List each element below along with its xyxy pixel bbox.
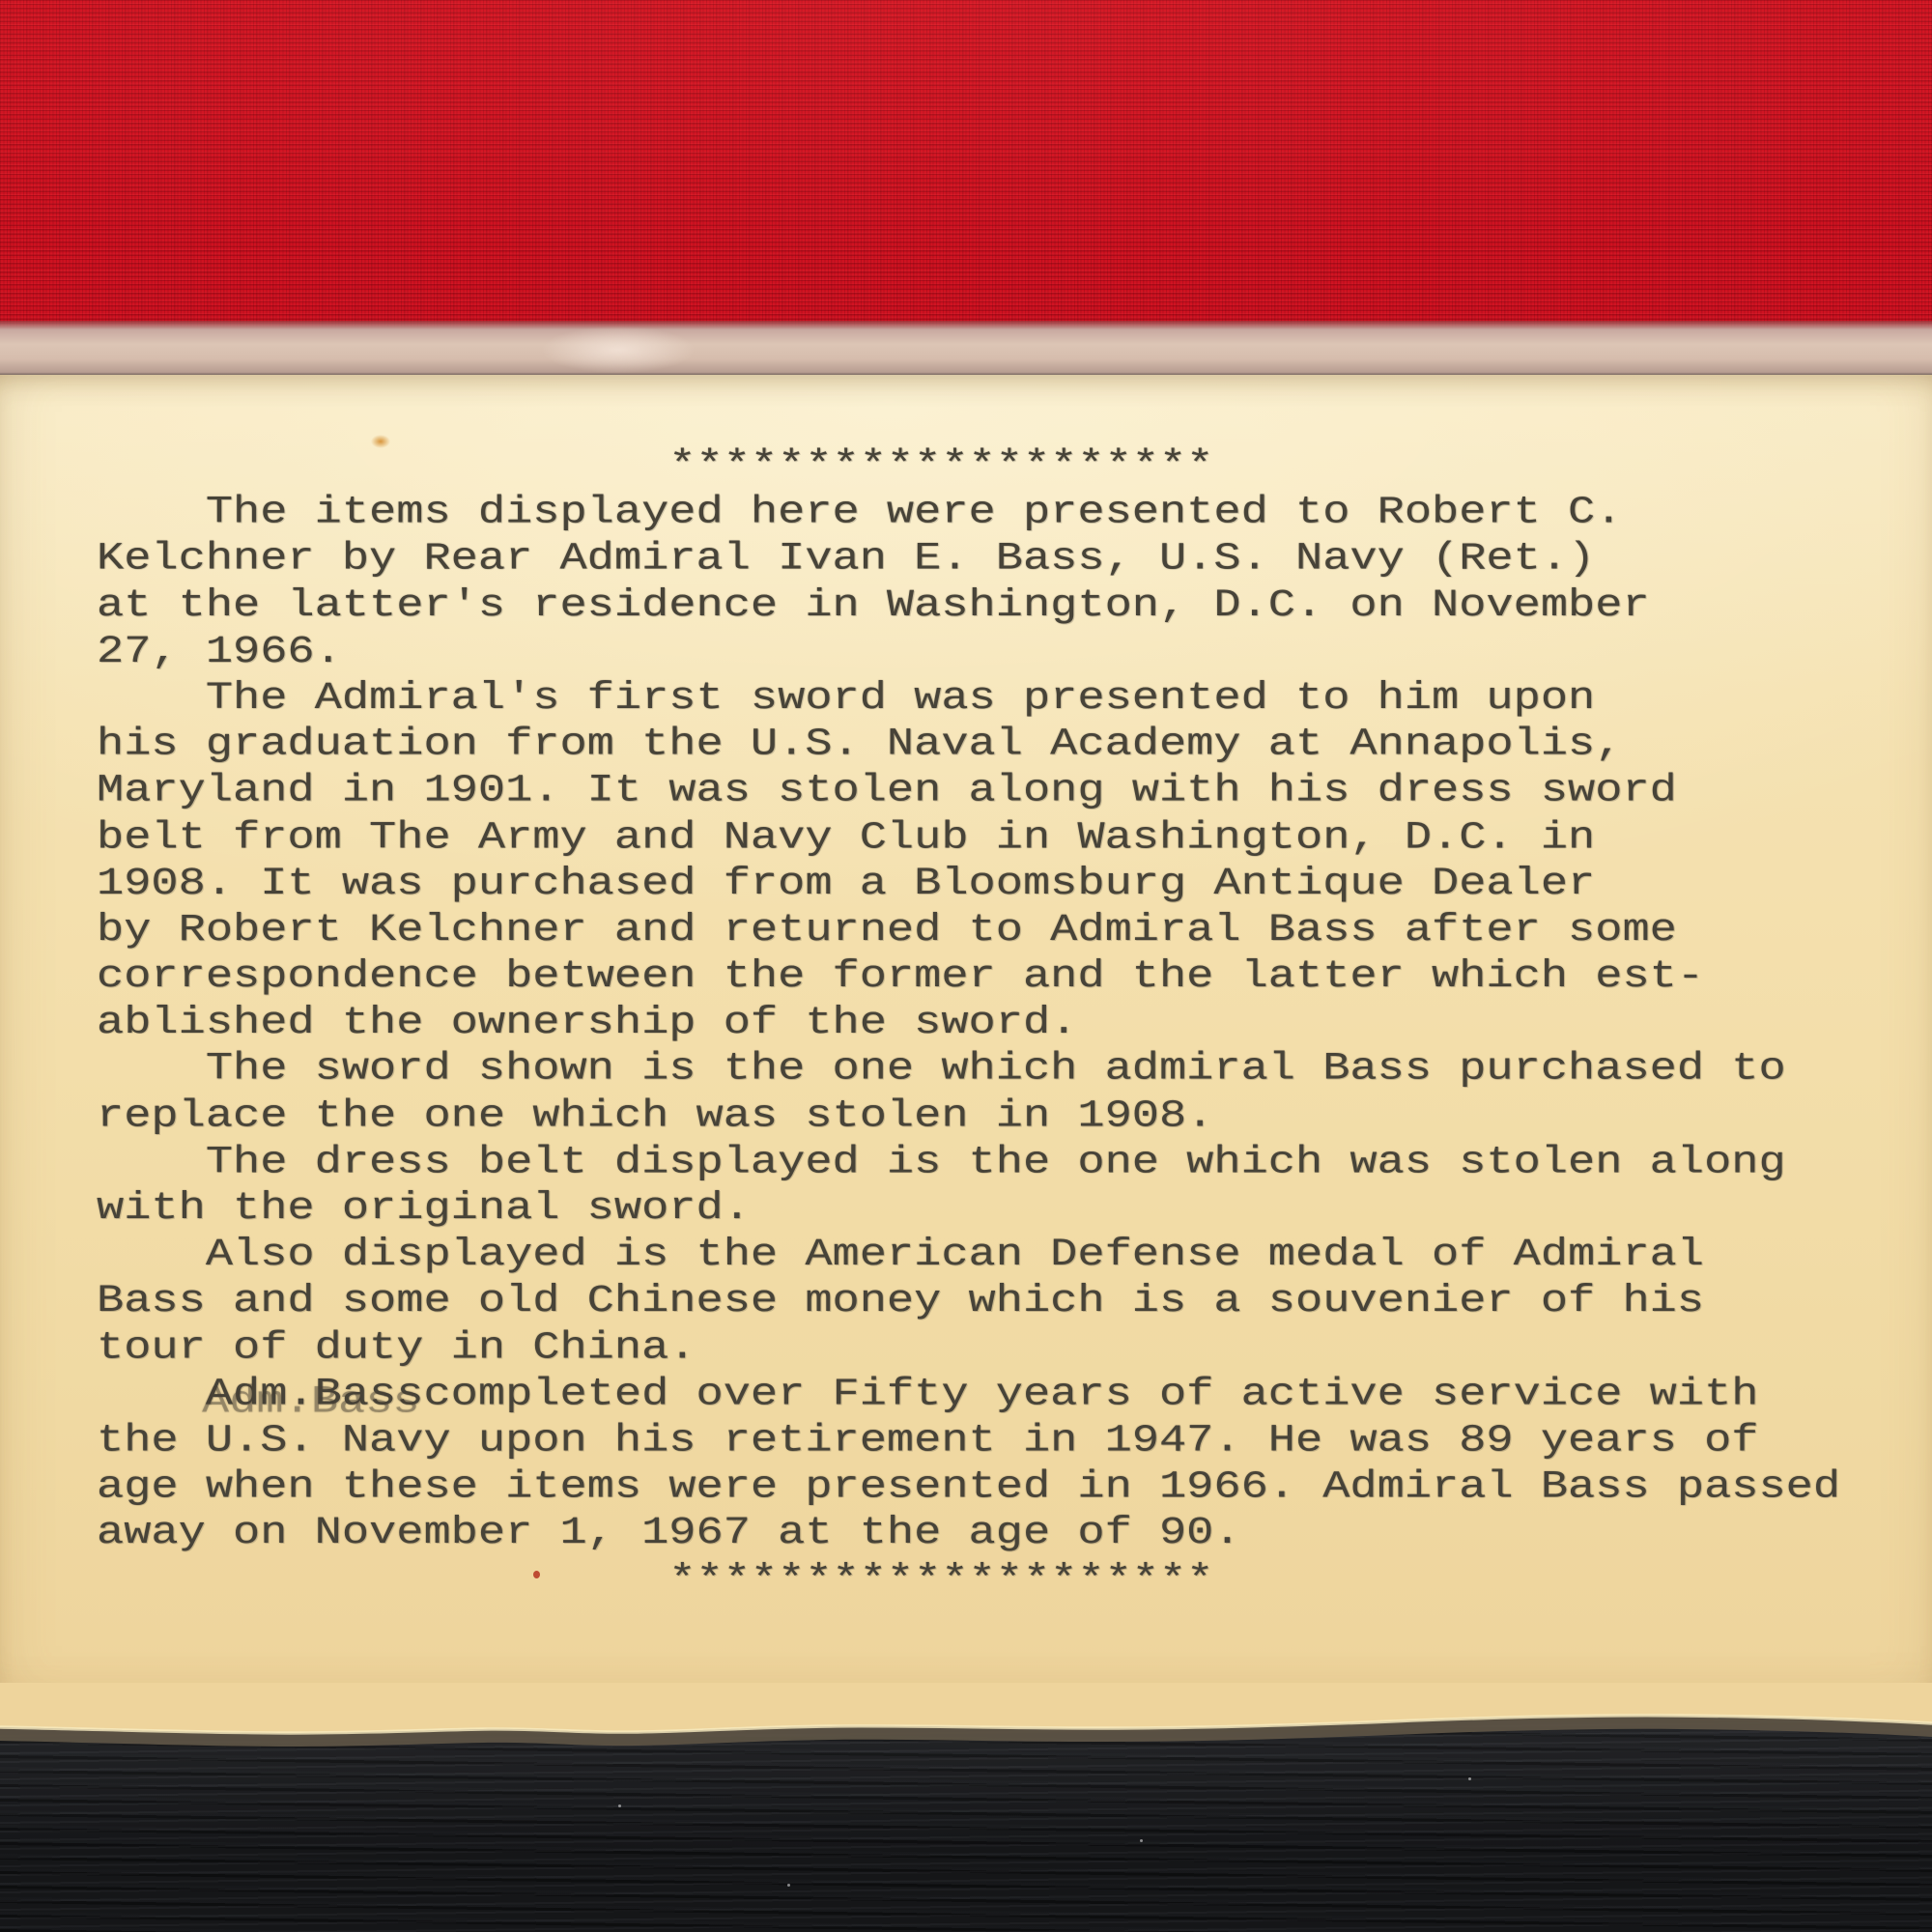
text-line: his graduation from the U.S. Naval Acade… bbox=[97, 722, 1913, 768]
text-line: The dress belt displayed is the one whic… bbox=[97, 1140, 1913, 1186]
text-line: The items displayed here were presented … bbox=[97, 490, 1913, 536]
wood-speck bbox=[1140, 1839, 1143, 1842]
paper-bottom-edge bbox=[0, 1683, 1932, 1752]
text-line: by Robert Kelchner and returned to Admir… bbox=[97, 907, 1913, 953]
text-line: Maryland in 1901. It was stolen along wi… bbox=[97, 768, 1913, 814]
text-line: tour of duty in China. bbox=[97, 1325, 1913, 1372]
text-line: correspondence between the former and th… bbox=[97, 953, 1913, 1000]
text-line: away on November 1, 1967 at the age of 9… bbox=[97, 1511, 1913, 1557]
text-line: Also displayed is the American Defense m… bbox=[97, 1233, 1913, 1279]
text-line: Bass and some old Chinese money which is… bbox=[97, 1279, 1913, 1325]
text-line: replace the one which was stolen in 1908… bbox=[97, 1094, 1913, 1140]
text-line: with the original sword. bbox=[97, 1186, 1913, 1233]
typed-text-block: ******************** The items displayed… bbox=[97, 443, 1913, 1604]
typed-note-card: ******************** The items displayed… bbox=[0, 375, 1932, 1683]
text-line: The Admiral's first sword was presented … bbox=[97, 675, 1913, 722]
text-line: 1908. It was purchased from a Bloomsburg… bbox=[97, 861, 1913, 907]
wood-speck bbox=[787, 1884, 790, 1887]
wood-speck bbox=[1468, 1777, 1471, 1780]
overstrike-ghost-text: Adm.Bass bbox=[202, 1379, 420, 1426]
text-line: 27, 1966. bbox=[97, 629, 1913, 675]
wood-speck bbox=[618, 1804, 621, 1807]
plastic-sleeve-edge bbox=[0, 321, 1932, 379]
red-fabric-backing bbox=[0, 0, 1932, 332]
text-line: at the latter's residence in Washington,… bbox=[97, 582, 1913, 629]
text-line: The sword shown is the one which admiral… bbox=[97, 1046, 1913, 1093]
text-line: ******************** bbox=[97, 1557, 1913, 1604]
text-line: belt from The Army and Navy Club in Wash… bbox=[97, 814, 1913, 861]
text-line: Kelchner by Rear Admiral Ivan E. Bass, U… bbox=[97, 536, 1913, 582]
text-line: ablished the ownership of the sword. bbox=[97, 1000, 1913, 1046]
text-line: ******************** bbox=[97, 443, 1913, 490]
framed-typed-note-photo: ******************** The items displayed… bbox=[0, 0, 1932, 1932]
text-line: age when these items were presented in 1… bbox=[97, 1464, 1913, 1511]
